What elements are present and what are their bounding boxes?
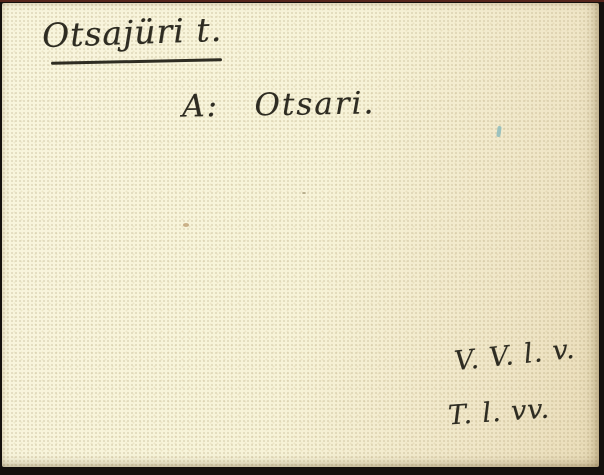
- signature-line-2: T. l. vv.: [447, 393, 551, 431]
- signature-line-1: V. V. l. v.: [453, 334, 577, 378]
- card-title-handwriting: Otsajüri t.: [41, 10, 222, 55]
- title-underline-stroke: [51, 58, 222, 65]
- paper-speck: [302, 192, 306, 194]
- paper-speck: [183, 223, 189, 227]
- scanned-card-background: Otsajüri t. A: Otsari. V. V. l. v. T. l.…: [0, 0, 604, 475]
- blue-ink-mark: [496, 126, 501, 137]
- paper-card: Otsajüri t. A: Otsari. V. V. l. v. T. l.…: [2, 3, 599, 467]
- card-annotation-handwriting: A: Otsari.: [182, 85, 376, 124]
